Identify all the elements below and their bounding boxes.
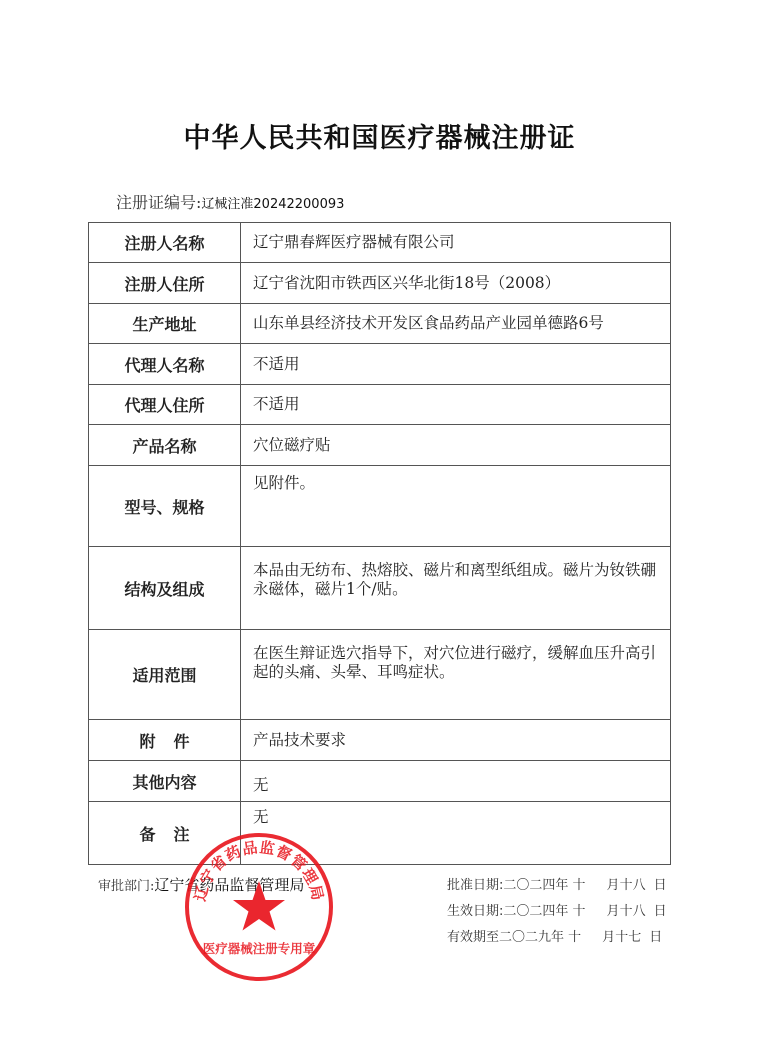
registration-number-line: 注册证编号:辽械注准20242200093 [116,190,344,213]
scope-of-application: 在医生辩证选穴指导下，对穴位进行磁疗，缓解血压升高引起的头痛、头晕、耳鸣症状。 [241,630,671,720]
table-row: 备注 无 [89,802,671,865]
table-row: 附件 产品技术要求 [89,720,671,761]
table-row: 代理人名称 不适用 [89,344,671,385]
effective-date: 生效日期:二〇二四年 十月十八日 [447,900,667,926]
row-label: 注册人名称 [89,223,241,263]
registrant-address: 辽宁省沈阳市铁西区兴华北街18号（2008） [241,263,671,304]
row-label: 代理人住所 [89,385,241,425]
approval-date: 批准日期:二〇二四年 十月十八日 [447,874,667,900]
row-label: 注册人住所 [89,263,241,304]
other-content: 无 [241,761,671,802]
svg-text:医疗器械注册专用章: 医疗器械注册专用章 [203,941,316,956]
registrant-name: 辽宁鼎春辉医疗器械有限公司 [241,223,671,263]
model-spec: 见附件。 [241,466,671,547]
table-row: 产品名称 穴位磁疗贴 [89,425,671,466]
table-row: 注册人名称 辽宁鼎春辉医疗器械有限公司 [89,223,671,263]
product-name: 穴位磁疗贴 [241,425,671,466]
remarks: 无 [241,802,671,865]
row-label: 备注 [89,802,241,865]
registration-number-label: 注册证编号: [116,193,201,212]
attachment: 产品技术要求 [241,720,671,761]
table-row: 注册人住所 辽宁省沈阳市铁西区兴华北街18号（2008） [89,263,671,304]
row-label: 产品名称 [89,425,241,466]
registration-number: 辽械注准20242200093 [201,197,344,212]
row-label: 代理人名称 [89,344,241,385]
date-block: 批准日期:二〇二四年 十月十八日 生效日期:二〇二四年 十月十八日 有效期至二〇… [447,874,667,952]
row-label: 其他内容 [89,761,241,802]
row-label: 型号、规格 [89,466,241,547]
row-label: 生产地址 [89,304,241,344]
production-address: 山东单县经济技术开发区食品药品产业园单德路6号 [241,304,671,344]
structure-composition: 本品由无纺布、热熔胶、磁片和离型纸组成。磁片为钕铁硼永磁体，磁片1个/贴。 [241,547,671,630]
agent-name: 不适用 [241,344,671,385]
table-row: 型号、规格 见附件。 [89,466,671,547]
table-row: 代理人住所 不适用 [89,385,671,425]
table-row: 其他内容 无 [89,761,671,802]
approval-department: 审批部门:辽宁省药品监督管理局 [98,874,304,895]
table-row: 生产地址 山东单县经济技术开发区食品药品产业园单德路6号 [89,304,671,344]
table-row: 适用范围 在医生辩证选穴指导下，对穴位进行磁疗，缓解血压升高引起的头痛、头晕、耳… [89,630,671,720]
document-title: 中华人民共和国医疗器械注册证 [0,116,759,155]
row-label: 结构及组成 [89,547,241,630]
certificate-table: 注册人名称 辽宁鼎春辉医疗器械有限公司 注册人住所 辽宁省沈阳市铁西区兴华北街1… [88,222,671,865]
expiry-date: 有效期至二〇二九年 十月十七日 [447,926,667,952]
row-label: 适用范围 [89,630,241,720]
table-row: 结构及组成 本品由无纺布、热熔胶、磁片和离型纸组成。磁片为钕铁硼永磁体，磁片1个… [89,547,671,630]
agent-address: 不适用 [241,385,671,425]
approval-dept-label: 审批部门: [98,879,154,894]
approval-dept-name: 辽宁省药品监督管理局 [154,876,304,894]
row-label: 附件 [89,720,241,761]
